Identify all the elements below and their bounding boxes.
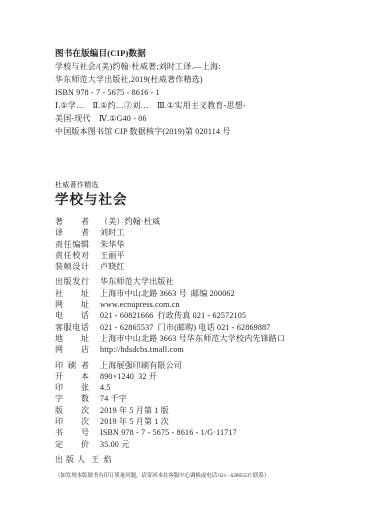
row-value: 021 - 60821666 行政传真 021 - 62572105 [100, 310, 246, 321]
cip-block: 图书在版编目(CIP)数据 学校与社会/(美)约翰·杜威著;刘时工译.—上海: … [55, 47, 325, 138]
row-label: 网址 [55, 299, 89, 310]
row-value: 刘时工 [100, 227, 125, 238]
row-value: http://hdsdcbs.tmall.com [100, 344, 184, 355]
row-label: 社址 [55, 288, 89, 299]
cip-line: 华东师范大学出版社,2019(杜威著作精选) [55, 73, 325, 86]
row-value: ISBN 978 - 7 - 5675 - 8616 - 1/G·11717 [100, 427, 237, 438]
row-label: 装帧设计 [55, 261, 89, 272]
row-value: 华东师范大学出版社 [100, 276, 174, 287]
cip-line: ISBN 978 - 7 - 5675 - 8616 - 1 [55, 86, 325, 99]
row-label: 客服电话 [55, 322, 89, 333]
row-label: 地址 [55, 333, 89, 344]
row-value: （美）约翰·杜威 [100, 216, 160, 227]
row-value: 2019 年 5 月第 1 版 [100, 405, 169, 416]
info-row-editor: 责任编辑 朱华华 [55, 239, 325, 250]
row-label: 字数 [55, 393, 89, 404]
series-title: 杜威著作精选 [55, 181, 325, 190]
row-label: 定价 [55, 439, 89, 450]
info-row-isbn: 书号 ISBN 978 - 7 - 5675 - 8616 - 1/G·1171… [55, 427, 325, 438]
info-row-impression: 印次 2019 年 5 月第 1 次 [55, 416, 325, 427]
row-value: 朱华华 [100, 239, 125, 250]
row-value: 上海展强印刷有限公司 [100, 360, 182, 371]
row-label: 著者 [55, 216, 89, 227]
row-value: 王 焰 [91, 454, 112, 465]
cip-line: Ⅰ.①学… Ⅱ.①约…②刘… Ⅲ.①实用主义教育-思想- [55, 99, 325, 112]
row-value: 74 千字 [100, 393, 127, 404]
row-value: 4.5 [100, 382, 111, 393]
cip-line: 美国-现代 Ⅳ.①G40 - 06 [55, 112, 325, 125]
info-row-word-count: 字数 74 千字 [55, 393, 325, 404]
row-label: 网店 [55, 344, 89, 355]
row-label: 印张 [55, 382, 89, 393]
copyright-page: 图书在版编目(CIP)数据 学校与社会/(美)约翰·杜威著;刘时工译.—上海: … [0, 0, 375, 526]
info-row-address: 社址 上海市中山北路 3663 号 邮编 200062 [55, 288, 325, 299]
info-row-street-address: 地址 上海市中山北路 3663 号华东师范大学校内先锋路口 [55, 333, 325, 344]
row-label: 开本 [55, 371, 89, 382]
row-label: 责任校对 [55, 250, 89, 261]
row-value: 王丽平 [100, 250, 125, 261]
row-label: 出版发行 [55, 276, 89, 287]
row-label: 责任编辑 [55, 239, 89, 250]
row-label: 译者 [55, 227, 89, 238]
row-value: 021 - 62865537 门市(邮购) 电话 021 - 62869887 [100, 322, 270, 333]
row-value: www.ecnupress.com.cn [100, 299, 180, 310]
info-row-printer: 印刷者 上海展强印刷有限公司 [55, 360, 325, 371]
info-row-website: 网址 www.ecnupress.com.cn [55, 299, 325, 310]
info-row-service-phone: 客服电话 021 - 62865537 门市(邮购) 电话 021 - 6286… [55, 322, 325, 333]
info-row-price: 定价 35.00 元 [55, 439, 325, 450]
info-row-edition: 版次 2019 年 5 月第 1 版 [55, 405, 325, 416]
printing-block: 印刷者 上海展强印刷有限公司 开本 890×1240 32 开 印张 4.5 字… [55, 360, 325, 450]
cip-line: 中国版本图书馆 CIP 数据核字(2019)第 020114 号 [55, 125, 325, 138]
page-content: 图书在版编目(CIP)数据 学校与社会/(美)约翰·杜威著;刘时工译.—上海: … [55, 47, 325, 480]
row-value: 2019 年 5 月第 1 次 [100, 416, 169, 427]
cip-heading: 图书在版编目(CIP)数据 [55, 47, 325, 60]
row-label: 印次 [55, 416, 89, 427]
row-value: 卢晓红 [100, 261, 125, 272]
row-value: 上海市中山北路 3663 号 邮编 200062 [100, 288, 235, 299]
info-row-author: 著者 （美）约翰·杜威 [55, 216, 325, 227]
info-row-publisher-name: 出版发行 华东师范大学出版社 [55, 276, 325, 287]
row-label: 书号 [55, 427, 89, 438]
info-row-publisher-person: 出版人 王 焰 [55, 454, 325, 465]
info-row-designer: 装帧设计 卢晓红 [55, 261, 325, 272]
credits-block: 著者 （美）约翰·杜威 译者 刘时工 责任编辑 朱华华 责任校对 王丽平 装帧设… [55, 216, 325, 272]
info-row-online-store: 网店 http://hdsdcbs.tmall.com [55, 344, 325, 355]
row-label: 出版人 [55, 454, 85, 465]
quality-notice: （如发现本版图书有印订质量问题，请寄回本社客服中心调换或电话 021 - 628… [55, 472, 325, 480]
info-row-translator: 译者 刘时工 [55, 227, 325, 238]
info-row-phone: 电话 021 - 60821666 行政传真 021 - 62572105 [55, 310, 325, 321]
row-label: 版次 [55, 405, 89, 416]
row-label: 印刷者 [55, 360, 89, 371]
row-value: 890×1240 32 开 [100, 371, 157, 382]
book-title: 学校与社会 [55, 192, 325, 208]
row-label: 电话 [55, 310, 89, 321]
info-row-format: 开本 890×1240 32 开 [55, 371, 325, 382]
publishing-block: 出版发行 华东师范大学出版社 社址 上海市中山北路 3663 号 邮编 2000… [55, 276, 325, 355]
row-value: 35.00 元 [100, 439, 129, 450]
info-row-sheets: 印张 4.5 [55, 382, 325, 393]
info-row-proofreader: 责任校对 王丽平 [55, 250, 325, 261]
cip-line: 学校与社会/(美)约翰·杜威著;刘时工译.—上海: [55, 60, 325, 73]
row-value: 上海市中山北路 3663 号华东师范大学校内先锋路口 [100, 333, 285, 344]
